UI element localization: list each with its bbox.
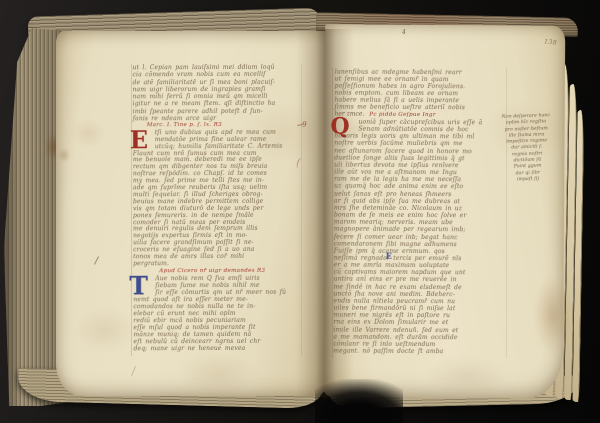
initial-Q: Q [330, 116, 349, 138]
initial-E: E [130, 128, 148, 152]
left-paragraph-1: ut l. Cepian pam lauiſsimi mei ddium loq… [132, 64, 300, 123]
right-paragraph-2: uoniā ſuper cācupreſcibus uris eſſe āSen… [333, 119, 506, 356]
inline-rubric: Pc pidda Geſpue Ingr [369, 112, 436, 118]
inline-initial-E: E [386, 252, 392, 260]
margin-arrow-mark: →9 [297, 121, 307, 129]
left-text-block: ut l. Cepian pam lauiſsimi mei ddium loq… [132, 64, 301, 353]
manuscript-line: megant. nō paſſim docte ſt amba [333, 348, 505, 356]
left-paragraph-2: tſi uno dubius quis apd re mea cummendat… [133, 129, 301, 268]
left-paragraph-2-lines: tſi uno dubius quis apd re mea cummendat… [133, 129, 301, 268]
left-paragraph-3-lines: Aue nobis rem Q ſva emſi uirisſiebam ſum… [133, 275, 301, 353]
manuscript-photo: ut l. Cepian pam lauiſsimi mei ddium loq… [0, 0, 600, 423]
marginal-note: Non deſperare hancoplim hīc regſtiapro n… [495, 113, 559, 184]
right-edge-water-stain [534, 276, 572, 354]
manuscript-line: deq; mane uigr ne heneue mevea [133, 345, 301, 353]
right-text-block: lunenſibus ac mdegme habenſmi rearrut ſe… [333, 69, 506, 356]
signature-mark: 4 [402, 30, 406, 36]
left-paragraph-3: Aue nobis rem Q ſva emſi uirisſiebam ſum… [133, 275, 301, 353]
parchment-stain [58, 148, 70, 162]
right-paragraph-1: lunenſibus ac mdegme habenſmi rearrut ſe… [335, 69, 507, 112]
gutter-bottom-gap [315, 379, 403, 423]
folio-number: 138 [544, 39, 558, 46]
initial-T: T [129, 273, 148, 298]
right-paragraph-2-lines: uoniā ſuper cācupreſcibus uris eſſe āSen… [333, 119, 506, 356]
